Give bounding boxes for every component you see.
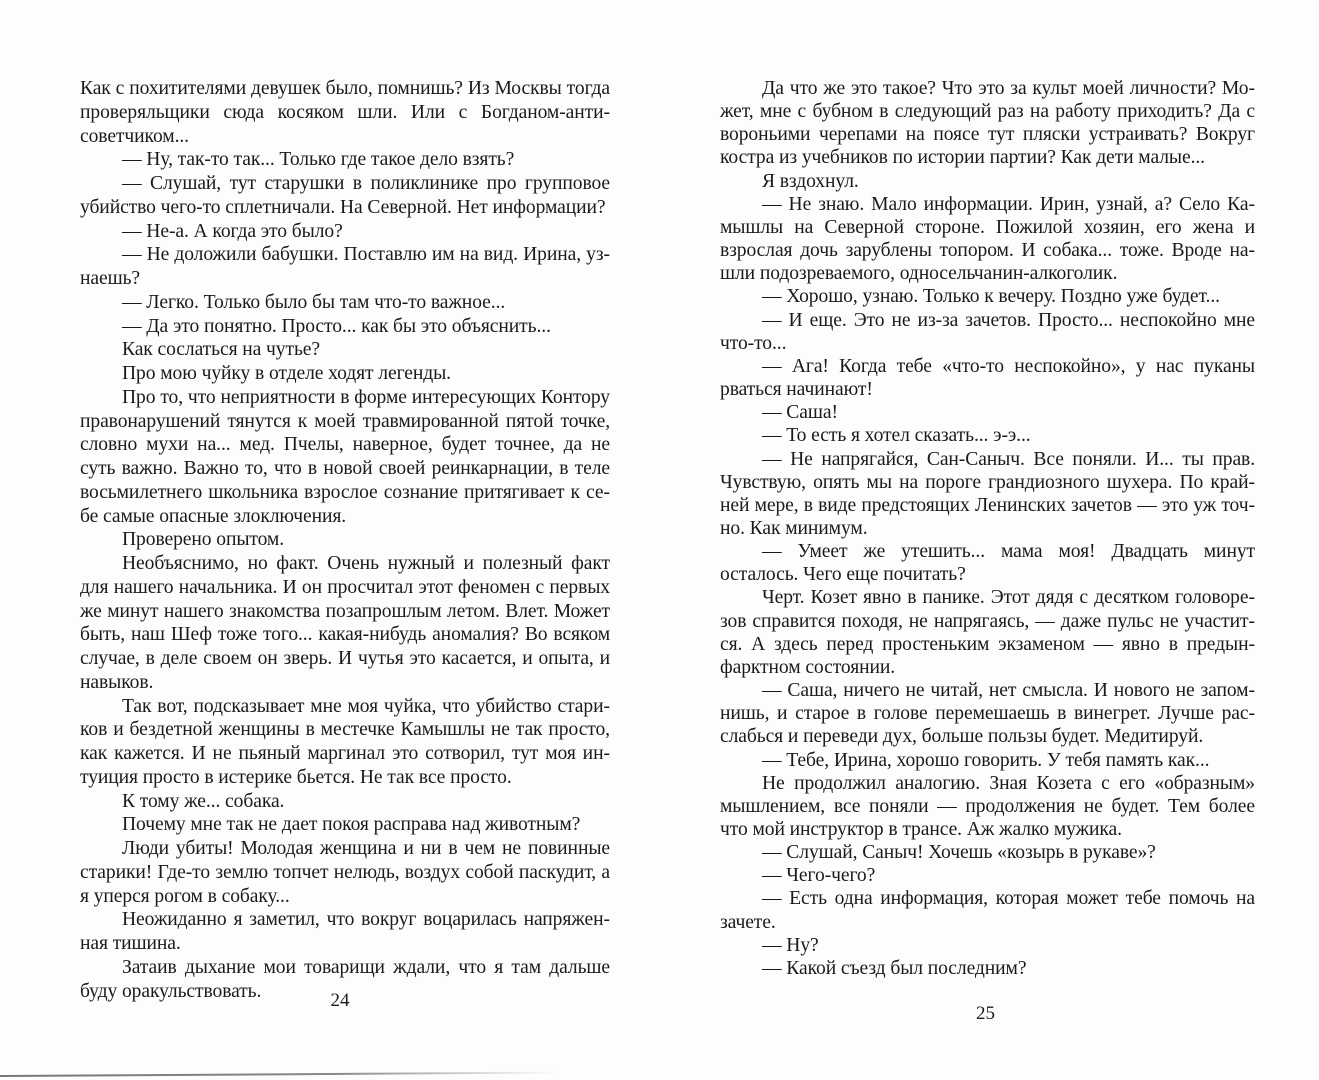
paragraph: — Слушай, Саныч! Хочешь «козырь в рукаве…	[720, 841, 1255, 864]
scan-edge-divider	[0, 1072, 560, 1077]
paragraph: — Саша, ничего не читай, нет смысла. И н…	[720, 679, 1255, 748]
paragraph: Не продолжил аналогию. Зная Козета с его…	[720, 772, 1255, 841]
paragraph: — Ага! Когда тебе «что-то неспокойно», у…	[720, 355, 1255, 401]
paragraph: — Умеет же утешить... мама моя! Двадцать…	[720, 540, 1255, 586]
page-number: 25	[718, 1003, 1253, 1025]
paragraph: — Не напрягайся, Сан-Саныч. Все поняли. …	[720, 448, 1255, 541]
book-spread: Как с похитителями девушек было, помнишь…	[0, 0, 1319, 1080]
paragraph: К тому же... собака.	[80, 790, 610, 814]
paragraph: — Слушай, тут старушки в поликлинике про…	[80, 172, 610, 220]
paragraph: Люди убиты! Молодая женщина и ни в чем н…	[80, 837, 610, 908]
paragraph: — Ну?	[720, 934, 1255, 957]
paragraph: Необъяснимо, но факт. Очень нужный и пол…	[80, 552, 610, 695]
paragraph: Я вздохнул.	[720, 170, 1255, 193]
left-page: Как с похитителями девушек было, помнишь…	[80, 77, 610, 1003]
paragraph: Черт. Козет явно в панике. Этот дядя с д…	[720, 586, 1255, 679]
paragraph: — То есть я хотел сказать... э-э...	[720, 424, 1255, 447]
page-number: 24	[75, 990, 605, 1012]
paragraph: Неожиданно я заметил, что вокруг воцарил…	[80, 908, 610, 956]
paragraph: Проверено опытом.	[80, 528, 610, 552]
paragraph: — Не-а. А когда это было?	[80, 220, 610, 244]
paragraph: — Саша!	[720, 401, 1255, 424]
right-page: Да что же это такое? Что это за культ мо…	[720, 77, 1255, 980]
paragraph: — Не знаю. Мало информации. Ирин, узнай,…	[720, 193, 1255, 286]
paragraph: — Какой съезд был последним?	[720, 957, 1255, 980]
paragraph: Да что же это такое? Что это за культ мо…	[720, 77, 1255, 170]
paragraph: — И еще. Это не из-за зачетов. Просто...…	[720, 309, 1255, 355]
paragraph: — Хорошо, узнаю. Только к вечеру. Поздно…	[720, 285, 1255, 308]
paragraph: Как сослаться на чутье?	[80, 338, 610, 362]
paragraph: — Чего-чего?	[720, 864, 1255, 887]
paragraph: — Да это понятно. Просто... как бы это о…	[80, 315, 610, 339]
right-page-text: Да что же это такое? Что это за культ мо…	[720, 77, 1255, 980]
paragraph: Как с похитителями девушек было, помнишь…	[80, 77, 610, 148]
paragraph: — Есть одна информация, которая может те…	[720, 887, 1255, 933]
paragraph: — Не доложили бабушки. Поставлю им на ви…	[80, 243, 610, 291]
paragraph: Про мою чуйку в отделе ходят легенды.	[80, 362, 610, 386]
paragraph: — Тебе, Ирина, хорошо говорить. У тебя п…	[720, 749, 1255, 772]
left-page-text: Как с похитителями девушек было, помнишь…	[80, 77, 610, 1003]
paragraph: Почему мне так не дает покоя расправа на…	[80, 813, 610, 837]
paragraph: Так вот, подсказывает мне моя чуйка, что…	[80, 695, 610, 790]
paragraph: Про то, что неприятности в форме интерес…	[80, 386, 610, 529]
paragraph: — Легко. Только было бы там что-то важно…	[80, 291, 610, 315]
paragraph: — Ну, так-то так... Только где такое дел…	[80, 148, 610, 172]
